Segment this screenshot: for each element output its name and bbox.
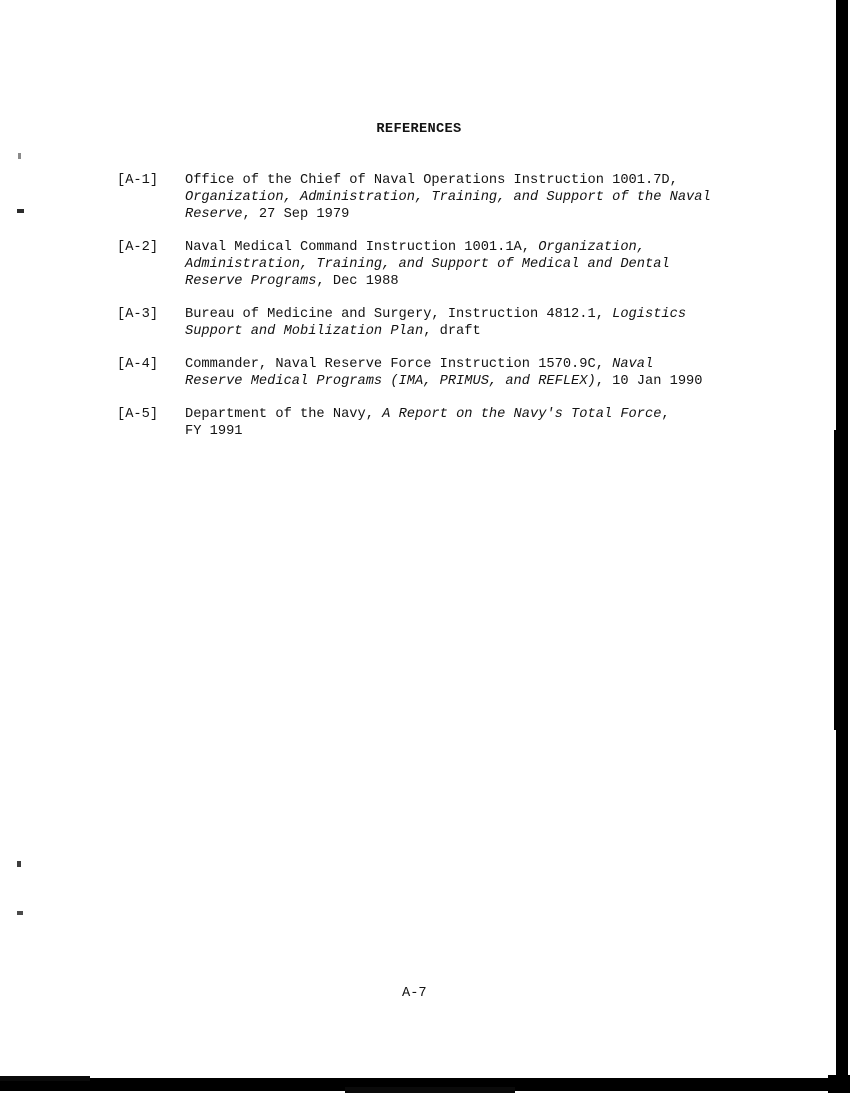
page-number: A-7 xyxy=(402,986,427,1001)
reference-line: Bureau of Medicine and Surgery, Instruct… xyxy=(185,306,797,323)
reference-text: Commander, Naval Reserve Force Instructi… xyxy=(185,356,797,390)
reference-item: [A-2]Naval Medical Command Instruction 1… xyxy=(117,239,797,290)
reference-line: Commander, Naval Reserve Force Instructi… xyxy=(185,356,797,373)
reference-label: [A-3] xyxy=(117,306,185,323)
reference-line: Naval Medical Command Instruction 1001.1… xyxy=(185,239,797,256)
reference-text: Office of the Chief of Naval Operations … xyxy=(185,172,797,223)
reference-text: Bureau of Medicine and Surgery, Instruct… xyxy=(185,306,797,340)
scan-speck xyxy=(17,861,21,867)
reference-label: [A-5] xyxy=(117,406,185,423)
scan-speck xyxy=(17,911,23,915)
references-list: [A-1]Office of the Chief of Naval Operat… xyxy=(117,172,797,456)
scanned-document-page: REFERENCES [A-1]Office of the Chief of N… xyxy=(0,0,850,1097)
reference-label: [A-1] xyxy=(117,172,185,189)
reference-label: [A-2] xyxy=(117,239,185,256)
reference-label: [A-4] xyxy=(117,356,185,373)
reference-item: [A-5]Department of the Navy, A Report on… xyxy=(117,406,797,440)
scan-edge-corner xyxy=(828,1075,850,1093)
scan-speck xyxy=(18,153,21,159)
reference-line: Office of the Chief of Naval Operations … xyxy=(185,172,797,189)
reference-line: Reserve Programs, Dec 1988 xyxy=(185,273,797,290)
reference-text: Department of the Navy, A Report on the … xyxy=(185,406,797,440)
reference-line: Department of the Navy, A Report on the … xyxy=(185,406,797,423)
reference-item: [A-1]Office of the Chief of Naval Operat… xyxy=(117,172,797,223)
reference-line: FY 1991 xyxy=(185,423,797,440)
reference-line: Organization, Administration, Training, … xyxy=(185,189,797,206)
reference-text: Naval Medical Command Instruction 1001.1… xyxy=(185,239,797,290)
scan-edge-bottom-bump xyxy=(0,1076,90,1081)
scan-speck xyxy=(17,209,24,213)
reference-item: [A-4]Commander, Naval Reserve Force Inst… xyxy=(117,356,797,390)
reference-line: Administration, Training, and Support of… xyxy=(185,256,797,273)
reference-item: [A-3]Bureau of Medicine and Surgery, Ins… xyxy=(117,306,797,340)
scan-edge-bottom-bump xyxy=(345,1087,515,1093)
reference-line: Reserve, 27 Sep 1979 xyxy=(185,206,797,223)
scan-edge-right-notch xyxy=(834,430,838,730)
reference-line: Support and Mobilization Plan, draft xyxy=(185,323,797,340)
page-title: REFERENCES xyxy=(0,122,838,137)
reference-line: Reserve Medical Programs (IMA, PRIMUS, a… xyxy=(185,373,797,390)
